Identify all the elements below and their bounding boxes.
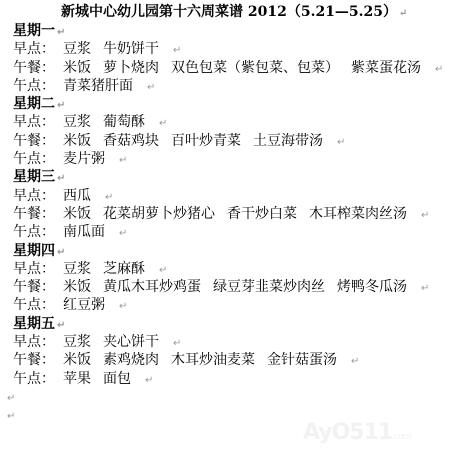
- menu-item: 葡萄酥: [103, 114, 145, 130]
- paragraph-mark-icon: ↵: [337, 137, 345, 148]
- meal-label: 午点：: [13, 77, 63, 95]
- menu-item: 豆浆: [63, 41, 91, 57]
- paragraph-mark-icon: ↵: [145, 375, 153, 386]
- paragraph-mark-icon: ↵: [57, 247, 65, 258]
- menu-document: 新城中心幼儿园第十六周菜谱 2012（5.21—5.25）↵ 星期一↵早点：豆浆…: [13, 2, 468, 425]
- day-heading: 星期三↵: [13, 168, 468, 186]
- meal-label: 午餐：: [13, 132, 63, 150]
- paragraph-mark-icon: ↵: [173, 338, 181, 349]
- meal-row-breakfast: 早点：豆浆夹心饼干↵: [13, 333, 468, 351]
- meal-row-breakfast: 早点：豆浆芝麻酥↵: [13, 260, 468, 278]
- empty-paragraph: ↵: [5, 388, 468, 406]
- paragraph-mark-icon: ↵: [421, 283, 429, 294]
- meal-label: 午点：: [13, 223, 63, 241]
- day-heading: 星期五↵: [13, 315, 468, 333]
- paragraph-mark-icon: ↵: [57, 100, 65, 111]
- day-heading: 星期二↵: [13, 95, 468, 113]
- menu-item: 麦片粥: [63, 151, 105, 167]
- menu-item: 香菇鸡块: [103, 133, 159, 149]
- menu-item: 米饭: [63, 133, 91, 149]
- menu-item: 萝卜烧肉: [103, 60, 159, 76]
- paragraph-mark-icon: ↵: [421, 210, 429, 221]
- meal-row-lunch: 午餐：米饭素鸡烧肉木耳炒油麦菜金针菇蛋汤↵: [13, 351, 468, 369]
- meal-row-lunch: 午餐：米饭黄瓜木耳炒鸡蛋绿豆芽韭菜炒肉丝烤鸭冬瓜汤↵: [13, 278, 468, 296]
- meal-label: 早点：: [13, 113, 63, 131]
- paragraph-mark-icon: ↵: [119, 155, 127, 166]
- paragraph-mark-icon: ↵: [119, 228, 127, 239]
- menu-item: 花菜胡萝卜炒猪心: [103, 206, 215, 222]
- meal-row-lunch: 午餐：米饭花菜胡萝卜炒猪心香干炒白菜木耳榨菜肉丝汤↵: [13, 205, 468, 223]
- paragraph-mark-icon: ↵: [173, 45, 181, 56]
- meal-row-breakfast: 早点：豆浆牛奶饼干↵: [13, 40, 468, 58]
- day-name: 星期一: [13, 23, 55, 39]
- meal-row-snack: 午点：南瓜面↵: [13, 223, 468, 241]
- meal-row-snack: 午点：红豆粥↵: [13, 296, 468, 314]
- menu-item: 米饭: [63, 352, 91, 368]
- day-heading: 星期一↵: [13, 22, 468, 40]
- paragraph-mark-icon: ↵: [7, 393, 15, 404]
- meal-label: 早点：: [13, 40, 63, 58]
- meal-label: 午餐：: [13, 205, 63, 223]
- meal-row-snack: 午点：麦片粥↵: [13, 150, 468, 168]
- menu-item: 米饭: [63, 279, 91, 295]
- watermark-text: AyO511: [303, 420, 392, 445]
- paragraph-mark-icon: ↵: [7, 411, 15, 422]
- meal-row-breakfast: 早点：西瓜↵: [13, 187, 468, 205]
- meal-row-lunch: 午餐：米饭萝卜烧肉双色包菜（紫包菜、包菜）紫菜蛋花汤↵: [13, 59, 468, 77]
- menu-item: 烤鸭冬瓜汤: [337, 279, 407, 295]
- menu-item: 木耳炒油麦菜: [171, 352, 255, 368]
- paragraph-mark-icon: ↵: [119, 301, 127, 312]
- menu-item: 金针菇蛋汤: [267, 352, 337, 368]
- menu-item: 香干炒白菜: [227, 206, 297, 222]
- meal-label: 午餐：: [13, 351, 63, 369]
- paragraph-mark-icon: ↵: [105, 192, 113, 203]
- menu-item: 南瓜面: [63, 224, 105, 240]
- paragraph-mark-icon: ↵: [351, 356, 359, 367]
- menu-item: 苹果: [63, 371, 91, 387]
- meal-label: 午餐：: [13, 278, 63, 296]
- menu-item: 双色包菜（紫包菜、包菜）: [171, 60, 339, 76]
- menu-item: 牛奶饼干: [103, 41, 159, 57]
- meal-row-snack: 午点：青菜猪肝面↵: [13, 77, 468, 95]
- meal-label: 午点：: [13, 370, 63, 388]
- paragraph-mark-icon: ↵: [57, 173, 65, 184]
- menu-item: 豆浆: [63, 114, 91, 130]
- meal-label: 早点：: [13, 333, 63, 351]
- meal-row-breakfast: 早点：豆浆葡萄酥↵: [13, 113, 468, 131]
- paragraph-mark-icon: ↵: [159, 265, 167, 276]
- menu-item: 青菜猪肝面: [63, 78, 133, 94]
- menu-item: 西瓜: [63, 188, 91, 204]
- menu-item: 红豆粥: [63, 297, 105, 313]
- menu-item: 素鸡烧肉: [103, 352, 159, 368]
- menu-item: 豆浆: [63, 334, 91, 350]
- day-name: 星期三: [13, 169, 55, 185]
- menu-item: 夹心饼干: [103, 334, 159, 350]
- paragraph-mark-icon: ↵: [435, 64, 443, 75]
- menu-item: 百叶炒青菜: [171, 133, 241, 149]
- paragraph-mark-icon: ↵: [57, 27, 65, 38]
- menu-item: 木耳榨菜肉丝汤: [309, 206, 407, 222]
- day-heading: 星期四↵: [13, 242, 468, 260]
- meal-label: 午点：: [13, 150, 63, 168]
- menu-item: 米饭: [63, 60, 91, 76]
- meal-label: 午点：: [13, 296, 63, 314]
- menu-item: 豆浆: [63, 261, 91, 277]
- meal-label: 午餐：: [13, 59, 63, 77]
- days-list: 星期一↵早点：豆浆牛奶饼干↵午餐：米饭萝卜烧肉双色包菜（紫包菜、包菜）紫菜蛋花汤…: [13, 22, 468, 388]
- meal-row-lunch: 午餐：米饭香菇鸡块百叶炒青菜土豆海带汤↵: [13, 132, 468, 150]
- document-title: 新城中心幼儿园第十六周菜谱 2012（5.21—5.25）↵: [13, 2, 468, 22]
- meal-label: 早点：: [13, 187, 63, 205]
- menu-item: 黄瓜木耳炒鸡蛋: [103, 279, 201, 295]
- day-name: 星期五: [13, 316, 55, 332]
- paragraph-mark-icon: ↵: [159, 118, 167, 129]
- menu-item: 芝麻酥: [103, 261, 145, 277]
- watermark-logo: AyO511.com: [303, 420, 410, 445]
- watermark-suffix: .com: [392, 432, 410, 442]
- meal-label: 早点：: [13, 260, 63, 278]
- paragraph-mark-icon: ↵: [147, 82, 155, 93]
- menu-item: 面包: [103, 371, 131, 387]
- day-name: 星期二: [13, 96, 55, 112]
- meal-row-snack: 午点：苹果面包↵: [13, 370, 468, 388]
- day-name: 星期四: [13, 243, 55, 259]
- menu-item: 紫菜蛋花汤: [351, 60, 421, 76]
- paragraph-mark-icon: ↵: [399, 8, 407, 19]
- title-text: 新城中心幼儿园第十六周菜谱 2012（5.21—5.25）: [61, 4, 397, 20]
- menu-item: 绿豆芽韭菜炒肉丝: [213, 279, 325, 295]
- menu-item: 土豆海带汤: [253, 133, 323, 149]
- menu-item: 米饭: [63, 206, 91, 222]
- paragraph-mark-icon: ↵: [57, 320, 65, 331]
